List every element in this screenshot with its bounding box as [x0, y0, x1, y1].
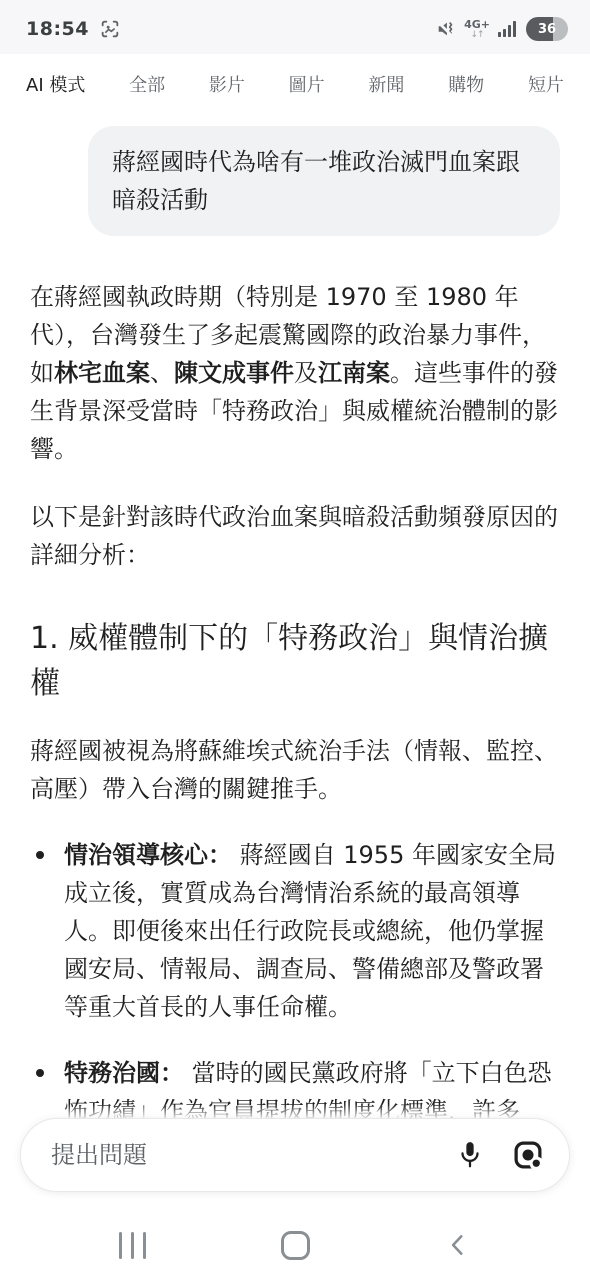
answer-paragraph: 以下是針對該時代政治血案與暗殺活動頻發原因的詳細分析： [30, 498, 560, 574]
answer-heading: 1. 威權體制下的「特務政治」與情治擴權 [30, 616, 560, 706]
search-tabs: AI 模式 全部 影片 圖片 新聞 購物 短片 [0, 54, 590, 114]
system-nav-bar [0, 1210, 590, 1280]
ai-answer: 在蔣經國執政時期（特別是 1970 至 1980 年代），台灣發生了多起震驚國際… [30, 278, 560, 1130]
ask-bar-container [0, 1104, 590, 1210]
back-button[interactable] [436, 1223, 480, 1267]
conversation-scroll-area[interactable]: 蔣經國時代為啥有一堆政治滅門血案跟暗殺活動 在蔣經國執政時期（特別是 1970 … [0, 114, 590, 1210]
status-bar: 18:54 4G+ ↓↑ [0, 0, 590, 54]
mute-vibrate-icon [435, 18, 457, 40]
mic-icon[interactable] [457, 1140, 483, 1170]
home-button[interactable] [273, 1223, 317, 1267]
lens-icon[interactable] [513, 1140, 543, 1170]
answer-paragraph: 蔣經國被視為將蘇維埃式統治手法（情報、監控、高壓）帶入台灣的關鍵推手。 [30, 732, 560, 808]
tab-shorts[interactable]: 短片 [528, 71, 564, 97]
tab-ai-mode[interactable]: AI 模式 [26, 71, 85, 97]
answer-bullet: 情治領導核心： 蔣經國自 1955 年國家安全局成立後，實質成為台灣情治系統的最… [30, 836, 560, 1026]
tab-news[interactable]: 新聞 [368, 71, 404, 97]
recents-button[interactable] [110, 1223, 154, 1267]
bullet-dot [30, 836, 64, 1026]
back-icon [445, 1232, 471, 1258]
battery-icon: 36 [526, 17, 568, 41]
tab-shopping[interactable]: 購物 [448, 71, 484, 97]
clock: 18:54 [26, 18, 89, 40]
signal-strength-icon [497, 19, 519, 39]
user-message-row: 蔣經國時代為啥有一堆政治滅門血案跟暗殺活動 [30, 126, 560, 236]
answer-paragraph: 在蔣經國執政時期（特別是 1970 至 1980 年代），台灣發生了多起震驚國際… [30, 278, 560, 468]
screenshot-icon [99, 18, 121, 40]
user-query-bubble: 蔣經國時代為啥有一堆政治滅門血案跟暗殺活動 [88, 126, 560, 236]
recents-icon [119, 1232, 146, 1259]
ask-bar[interactable] [20, 1118, 570, 1192]
bullet-text: 情治領導核心： 蔣經國自 1955 年國家安全局成立後，實質成為台灣情治系統的最… [64, 836, 560, 1026]
phone-screen: 18:54 4G+ ↓↑ [0, 0, 590, 1280]
network-type-icon: 4G+ ↓↑ [464, 19, 490, 40]
tab-videos[interactable]: 影片 [209, 71, 245, 97]
battery-percent: 36 [538, 22, 556, 37]
ask-input[interactable] [51, 1141, 457, 1169]
status-icons: 4G+ ↓↑ 36 [435, 17, 568, 41]
ask-bar-icons [457, 1140, 543, 1170]
tab-images[interactable]: 圖片 [289, 71, 325, 97]
tab-all[interactable]: 全部 [129, 71, 165, 97]
home-icon [281, 1231, 310, 1260]
